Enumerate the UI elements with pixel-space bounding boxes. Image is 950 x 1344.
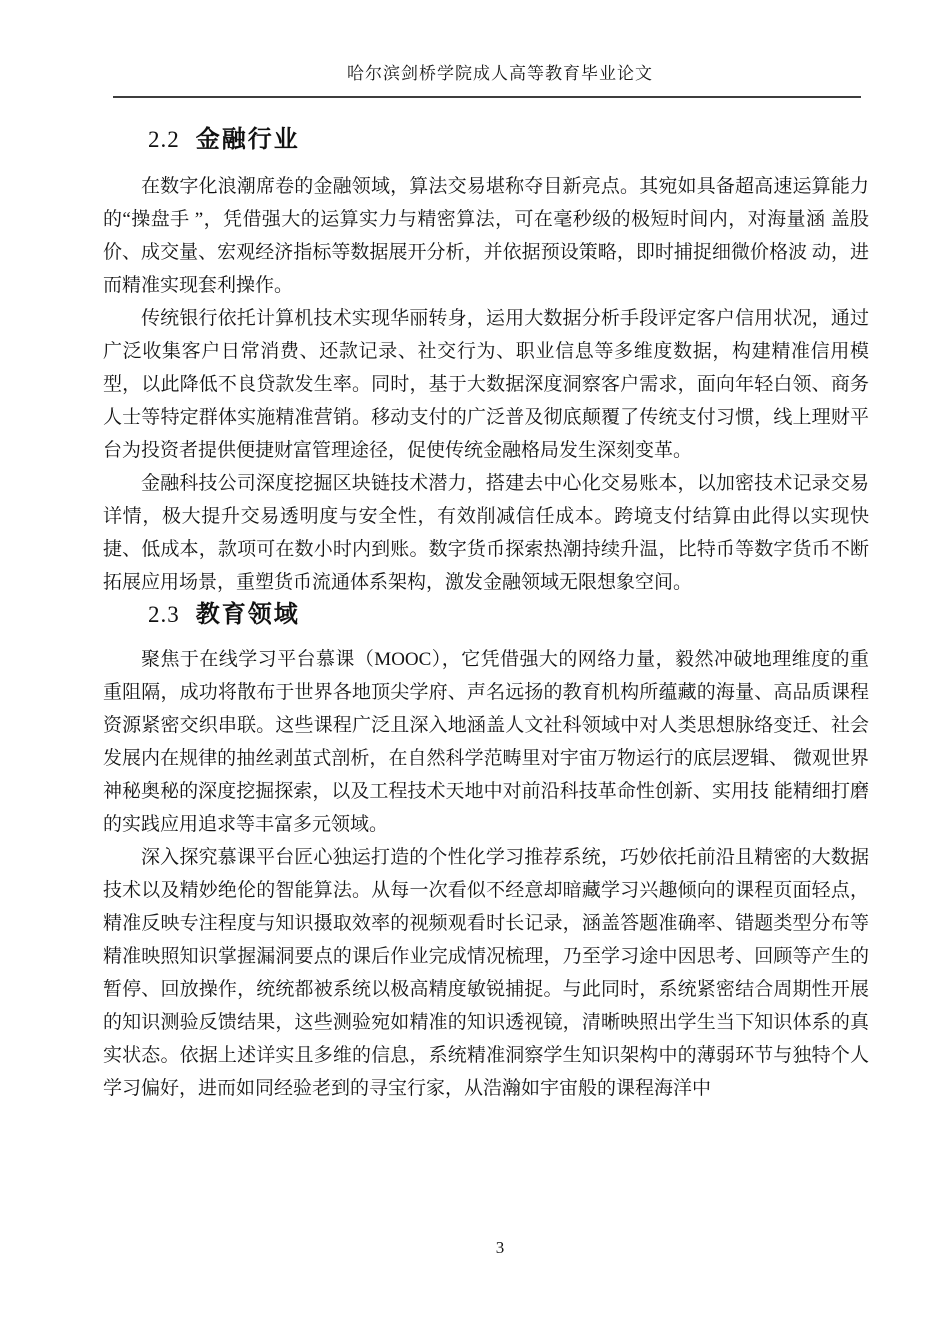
section-heading-2-2: 2.2 金融行业 [148,127,869,153]
page-content: 2.2 金融行业 在数字化浪潮席卷的金融领域，算法交易堪称夺目新亮点。其宛如具备… [103,120,869,1105]
section-title: 金融行业 [196,126,300,153]
section-title: 教育领域 [196,601,300,628]
paragraph: 在数字化浪潮席卷的金融领域，算法交易堪称夺目新亮点。其宛如具备超高速运算能力的“… [103,170,869,302]
paragraph: 深入探究慕课平台匠心独运打造的个性化学习推荐系统，巧妙依托前沿且精密的大数据技术… [103,841,869,1105]
section-number: 2.3 [148,602,180,627]
page-number: 3 [50,1238,950,1258]
section-number: 2.2 [148,127,180,152]
section-heading-2-3: 2.3 教育领域 [148,602,869,628]
paragraph: 金融科技公司深度挖掘区块链技术潜力，搭建去中心化交易账本，以加密技术记录交易详情… [103,467,869,599]
header-rule [113,96,861,98]
running-header: 哈尔滨剑桥学院成人高等教育毕业论文 [50,64,950,84]
paragraph: 传统银行依托计算机技术实现华丽转身，运用大数据分析手段评定客户信用状况，通过广泛… [103,302,869,467]
paragraph: 聚焦于在线学习平台慕课（MOOC），它凭借强大的网络力量，毅然冲破地理维度的重重… [103,643,869,841]
document-page: 哈尔滨剑桥学院成人高等教育毕业论文 2.2 金融行业 在数字化浪潮席卷的金融领域… [0,0,950,1344]
